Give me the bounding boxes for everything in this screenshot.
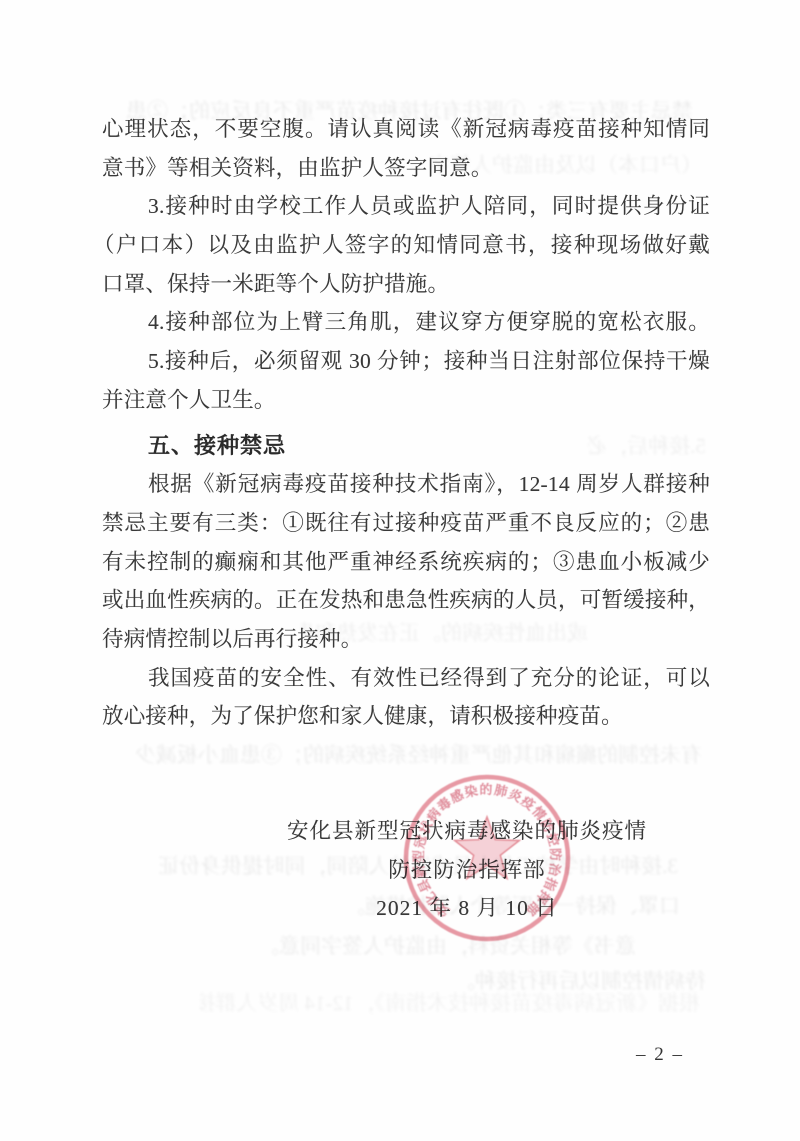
- document-line: 待病情控制以后再行接种。: [102, 620, 710, 659]
- bleed-through-text: 有未控制的癫痫和其他严重神经系统疾病的；③患血小板减少: [100, 742, 702, 768]
- bleed-through-text: 根据《新冠病毒疫苗接种技术指南》，12-14 周岁人群接种: [200, 990, 700, 1016]
- document-line: 有未控制的癫痫和其他严重神经系统疾病的；③患血小板减少: [102, 543, 710, 582]
- document-line: 禁忌主要有三类：①既往有过接种疫苗严重不良反应的；②患: [102, 504, 710, 543]
- scanned-document-page: 禁忌主要有三类：①既往有过接种疫苗严重不良反应的；②患 （户口本）以及由监护人签…: [0, 0, 800, 1141]
- document-line: 或出血性疾病的。正在发热和患急性疾病的人员，可暂缓接种，: [102, 581, 710, 620]
- signature-org-line-1: 安化县新型冠状病毒感染的肺炎疫情: [257, 812, 677, 851]
- document-body: 心理状态，不要空腹。请认真阅读《新冠病毒疫苗接种知情同 意书》等相关资料，由监护…: [102, 110, 710, 736]
- document-line: 3.接种时由学校工作人员或监护人陪同，同时提供身份证: [102, 187, 710, 226]
- signature-block: 安化县新型冠状病毒感染的肺炎疫情 防控防治指挥部 2021 年 8 月 10 日: [257, 812, 677, 928]
- signature-date: 2021 年 8 月 10 日: [257, 889, 677, 928]
- document-line: 5.接种后，必须留观 30 分钟；接种当日注射部位保持干燥: [102, 342, 710, 381]
- bleed-through-text: 意书》等相关资料，由监护人签字同意。: [96, 933, 636, 959]
- signature-org-line-2: 防控防治指挥部: [257, 851, 677, 890]
- document-line: 4.接种部位为上臂三角肌，建议穿方便穿脱的宽松衣服。: [102, 303, 710, 342]
- document-line: （户口本）以及由监护人签字的知情同意书，接种现场做好戴: [93, 226, 710, 265]
- document-line: 根据《新冠病毒疫苗接种技术指南》，12-14 周岁人群接种: [102, 465, 710, 504]
- section-heading: 五、接种禁忌: [102, 427, 710, 466]
- document-line: 并注意个人卫生。: [102, 381, 710, 420]
- page-number: – 2 –: [636, 1044, 684, 1066]
- document-line: 意书》等相关资料，由监护人签字同意。: [102, 149, 710, 188]
- document-line: 放心接种，为了保护您和家人健康，请积极接种疫苗。: [102, 697, 710, 736]
- document-line: 心理状态，不要空腹。请认真阅读《新冠病毒疫苗接种知情同: [102, 110, 710, 149]
- document-line: 口罩、保持一米距等个人防护措施。: [102, 265, 710, 304]
- document-line: 我国疫苗的安全性、有效性已经得到了充分的论证，可以: [102, 659, 710, 698]
